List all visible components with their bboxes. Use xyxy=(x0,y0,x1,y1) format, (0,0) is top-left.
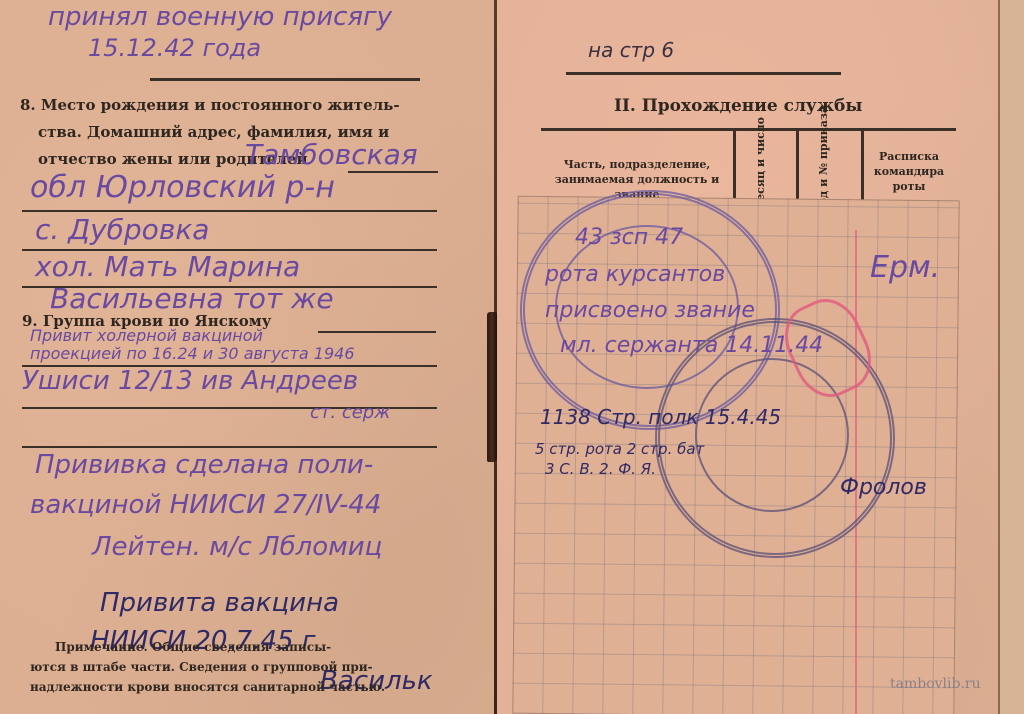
slip2-entry-line3: 3 С. В. 2. Ф. Я. xyxy=(545,460,656,478)
item9-handwritten-line2: проекцией по 16.24 и 30 августа 1946 xyxy=(30,344,355,363)
slip-entry-line3: присвоено звание xyxy=(545,298,755,323)
item8-handwritten-line1: Тамбовская xyxy=(245,138,418,171)
slip-entry-signature: Ерм. xyxy=(870,250,940,285)
footnote-line1: Примечание. Общие сведения записы- xyxy=(55,640,331,654)
oath-handwriting-line1: принял военную присягу xyxy=(48,2,392,32)
vaccination-note-line1: Прививка сделана поли- xyxy=(35,450,373,480)
vaccination-note-line3: Лейтен. м/с Лбломиц xyxy=(92,532,382,562)
header-signature: Расписка командира роты xyxy=(864,131,954,194)
item8-label-line1: 8. Место рождения и постоянного житель- xyxy=(20,96,400,114)
form-line xyxy=(22,210,437,212)
item9-handwritten-line3: Ушиси 12/13 ив Андреев xyxy=(22,366,358,396)
item9-handwritten-line4: ст. серж xyxy=(310,402,390,423)
page-reference-handwriting: на стр 6 xyxy=(588,38,674,62)
footnote-line3: надлежности крови вносятся санитарной ча… xyxy=(30,680,385,694)
item8-handwritten-line4: хол. Мать Марина xyxy=(35,250,300,283)
form-line xyxy=(22,446,437,448)
slip2-signature: Фролов xyxy=(840,475,927,500)
item9-handwritten-line1: Привит холерной вакциной xyxy=(30,326,263,345)
vaccination-note-line2: вакциной НИИСИ 27/IV-44 xyxy=(30,490,381,520)
slip-entry-line2: рота курсантов xyxy=(545,262,725,287)
item8-underline xyxy=(348,171,438,173)
slip2-entry-line2: 5 стр. рота 2 стр. бат xyxy=(535,440,704,458)
slip-entry-line4: мл. сержанта 14.11.44 xyxy=(560,333,823,358)
left-page: принял военную присягу 15.12.42 года 8. … xyxy=(0,0,496,714)
divider xyxy=(566,72,841,75)
slip2-entry-line1: 1138 Стр. полк 15.4.45 xyxy=(540,405,781,429)
watermark: tambovlib.ru xyxy=(890,676,981,692)
item8-handwritten-line5: Васильевна тот же xyxy=(50,282,334,315)
divider xyxy=(150,78,420,81)
vaccination-note2-line1: Привита вакцина xyxy=(100,588,339,618)
booklet-edge xyxy=(998,0,1024,714)
oath-date-handwriting: 15.12.42 года xyxy=(88,34,261,62)
spine-tear xyxy=(487,312,497,462)
slip-entry-line1: 43 зсп 47 xyxy=(575,225,683,250)
item8-handwritten-line3: с. Дубровка xyxy=(35,213,209,246)
footnote-line2: ются в штабе части. Сведения о групповой… xyxy=(30,660,373,674)
item9-underline xyxy=(318,331,436,333)
item8-handwritten-line2: обл Юрловский р-н xyxy=(30,170,335,205)
